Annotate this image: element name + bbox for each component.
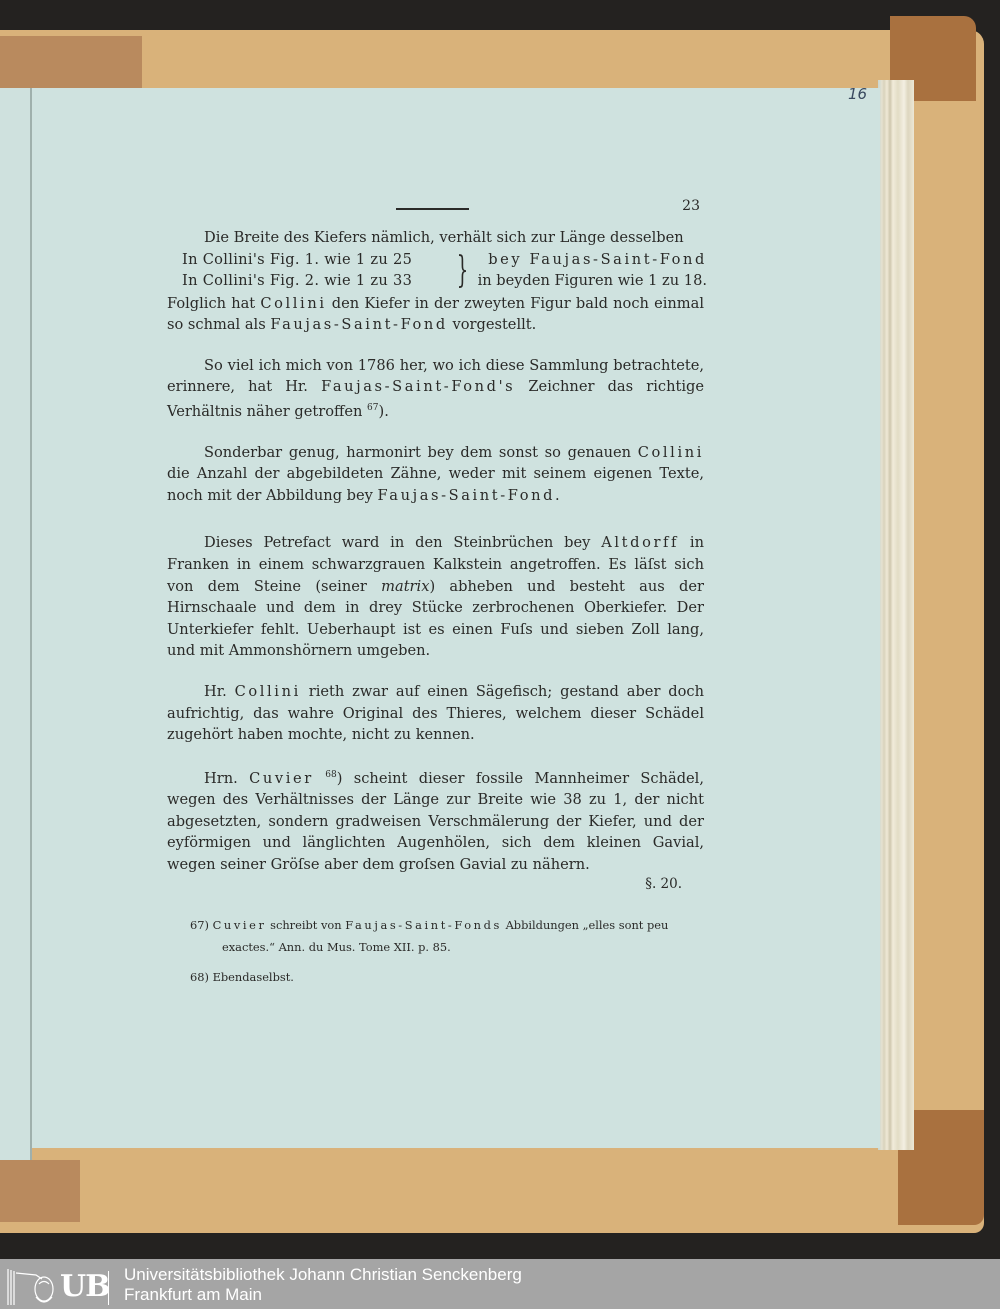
page-edges-stack bbox=[878, 80, 914, 1150]
section-mark: §. 20. bbox=[167, 876, 704, 892]
text-run: ). bbox=[379, 403, 389, 420]
header-rule bbox=[396, 208, 469, 210]
footnote-ref[interactable]: 68 bbox=[325, 770, 336, 780]
brace-glyph: } bbox=[457, 251, 468, 291]
library-footer: UB Universitätsbibliothek Johann Christi… bbox=[0, 1259, 1000, 1309]
text-run: . bbox=[555, 487, 560, 504]
name-cuvier: Cuvier bbox=[213, 918, 267, 932]
footnote-68: 68) Ebendaselbst. bbox=[190, 966, 710, 988]
text-run: vorgestellt. bbox=[448, 316, 536, 333]
paragraph-4: Hr. Collini rieth zwar auf einen Sägefis… bbox=[167, 681, 704, 746]
text-run: Sonderbar genug, harmonirt bey dem sonst… bbox=[204, 444, 638, 461]
ratio-left-column: In Collini's Fig. 1. wie 1 zu 25 In Coll… bbox=[182, 249, 487, 292]
name-collini: Collini bbox=[260, 295, 326, 312]
italic-term: matrix bbox=[381, 578, 429, 595]
paragraph-3: Dieses Petrefact ward in den Steinbrüche… bbox=[167, 532, 704, 662]
paragraph-5: Hrn. Cuvier 68) scheint dieser fossile M… bbox=[167, 765, 704, 876]
logo-ub-text: UB bbox=[60, 1269, 110, 1304]
place-altdorff: Altdorff bbox=[601, 534, 679, 551]
name-collini: Collini bbox=[235, 683, 301, 700]
text-run: Hr. bbox=[204, 683, 235, 700]
name-faujas: Faujas-Saint-Fond bbox=[378, 487, 556, 504]
cover-corner-top-left bbox=[0, 36, 142, 88]
library-logo[interactable]: UB bbox=[6, 1267, 110, 1307]
text-run: Folglich hat bbox=[167, 295, 260, 312]
footnote-ref[interactable]: 67 bbox=[367, 403, 378, 413]
footnote-marker: 67) bbox=[190, 918, 209, 932]
name-faujas: Faujas-Saint-Fond's bbox=[321, 378, 515, 395]
text-run: Ebendaselbst. bbox=[213, 970, 294, 984]
text-run: Dieses Petrefact ward in den Steinbrüche… bbox=[204, 534, 601, 551]
left-page-edge bbox=[0, 88, 32, 1160]
text-run: schreibt von bbox=[267, 918, 346, 932]
ratio-fig2: In Collini's Fig. 2. wie 1 zu 33 bbox=[182, 270, 487, 292]
paragraph-1: So viel ich mich von 1786 her, wo ich di… bbox=[167, 355, 704, 423]
ratio-conclusion: Folglich hat Collini den Kiefer in der z… bbox=[167, 293, 704, 336]
logo-divider bbox=[108, 1271, 109, 1305]
ratio-faujas-value: in beyden Figuren wie 1 zu 18. bbox=[477, 270, 707, 292]
footnote-marker: 68) bbox=[190, 970, 209, 984]
name-faujas: Faujas-Saint-Fond bbox=[270, 316, 448, 333]
ratio-faujas: bey Faujas-Saint-Fond bbox=[477, 249, 707, 271]
page-number: 23 bbox=[682, 196, 700, 218]
page-text: 23 Die Breite des Kiefers nämlich, verhä… bbox=[167, 196, 704, 892]
ratio-right-column: bey Faujas-Saint-Fond in beyden Figuren … bbox=[477, 249, 707, 292]
portrait-icon bbox=[6, 1267, 60, 1307]
name-faujas: Faujas-Saint-Fonds bbox=[345, 918, 502, 932]
ratio-fig1: In Collini's Fig. 1. wie 1 zu 25 bbox=[182, 249, 487, 271]
paragraph-2: Sonderbar genug, harmonirt bey dem sonst… bbox=[167, 442, 704, 507]
ratio-comparison: In Collini's Fig. 1. wie 1 zu 25 In Coll… bbox=[167, 249, 704, 293]
name-collini: Collini bbox=[638, 444, 704, 461]
footnote-67-continuation: exactes.“ Ann. du Mus. Tome XII. p. 85. bbox=[190, 936, 710, 958]
cover-corner-bottom-left bbox=[0, 1160, 80, 1222]
name-cuvier: Cuvier bbox=[249, 770, 314, 787]
footnotes: 67) Cuvier schreibt von Faujas-Saint-Fon… bbox=[190, 914, 710, 988]
footnote-67: 67) Cuvier schreibt von Faujas-Saint-Fon… bbox=[190, 914, 710, 936]
library-name: Universitätsbibliothek Johann Christian … bbox=[124, 1265, 522, 1285]
text-run: Hrn. bbox=[204, 770, 249, 787]
ratio-intro: Die Breite des Kiefers nämlich, verhält … bbox=[167, 227, 704, 249]
pencil-folio-number: 16 bbox=[848, 85, 867, 103]
text-run: Abbildungen „elles sont peu bbox=[502, 918, 668, 932]
library-city: Frankfurt am Main bbox=[124, 1285, 262, 1305]
